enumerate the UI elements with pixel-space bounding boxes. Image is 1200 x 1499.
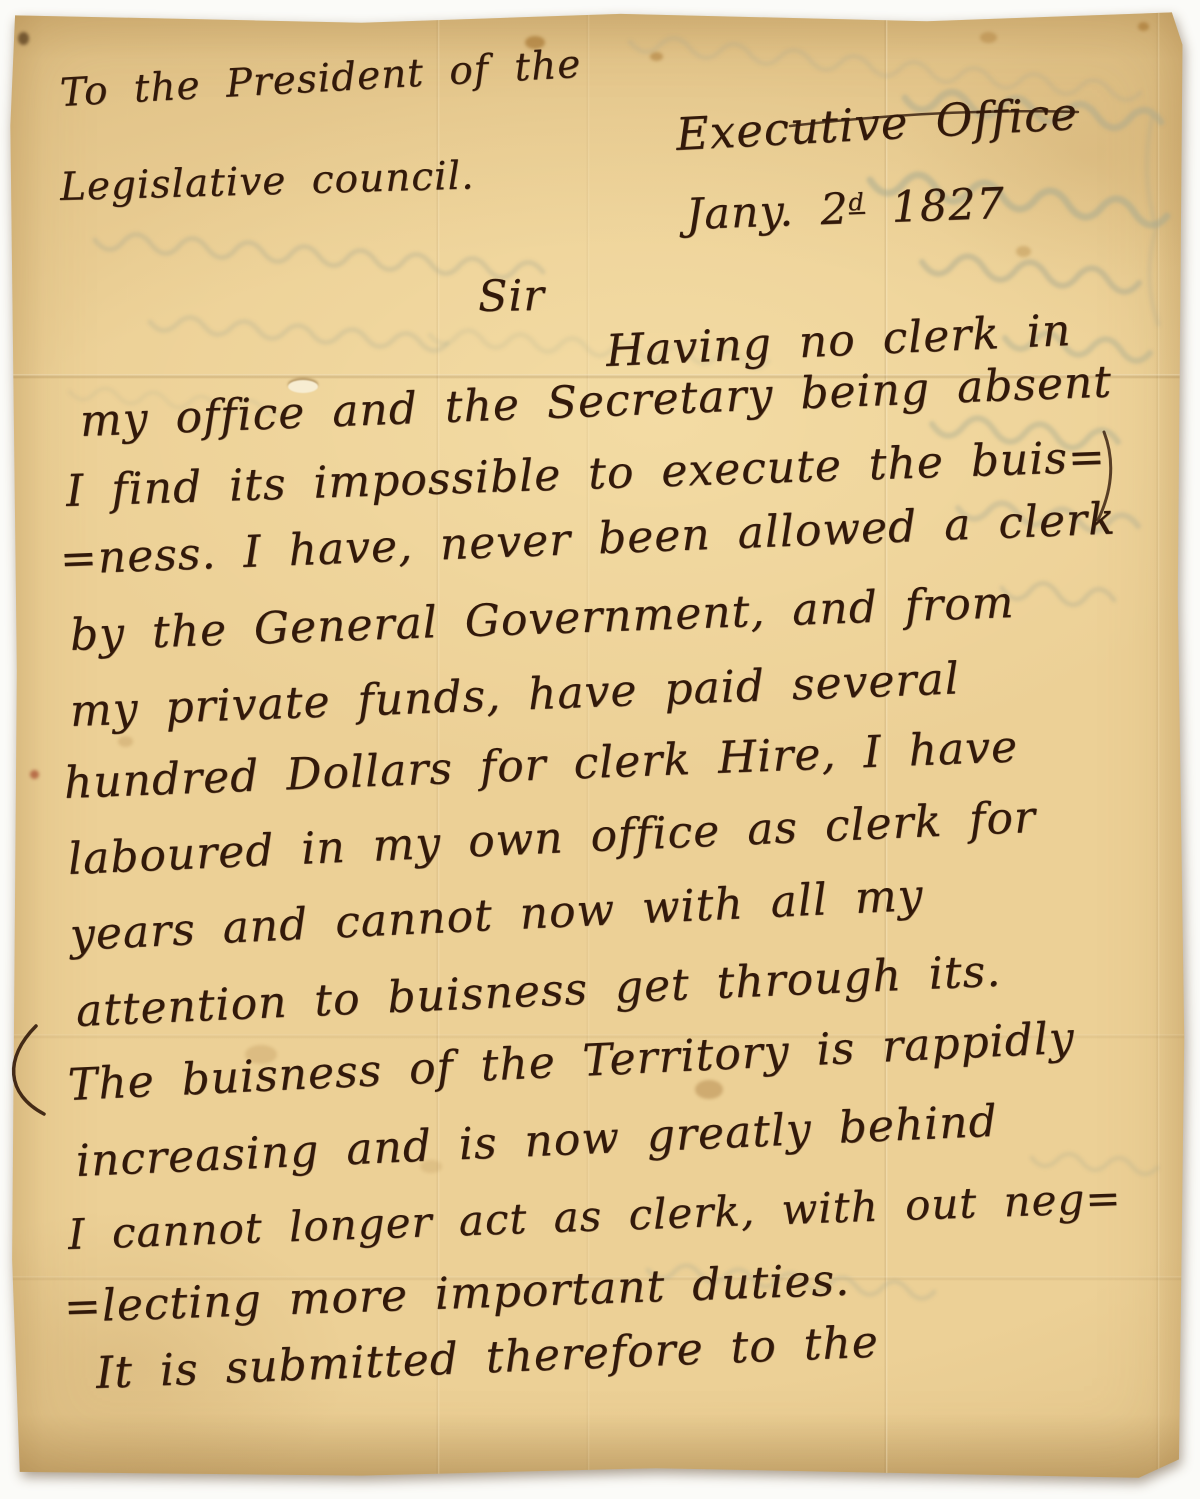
date-prefix: Jany. 2 xyxy=(685,184,850,240)
body-line: years and cannot now with all my xyxy=(69,874,924,958)
letter-scan: To the President of the Legislative coun… xyxy=(0,0,1200,1499)
addressee-line-2: Legislative council. xyxy=(59,156,474,207)
addressee-line-1: To the President of the xyxy=(59,45,582,113)
date-ordinal: d xyxy=(848,188,865,217)
body-line: I cannot longer act as clerk, with out n… xyxy=(67,1177,1122,1256)
body-line: my private funds, have paid several xyxy=(69,657,960,734)
body-line: laboured in my own office as clerk for xyxy=(67,796,1037,882)
body-line: hundred Dollars for clerk Hire, I have xyxy=(63,725,1019,806)
body-line: It is submitted therefore to the xyxy=(95,1321,879,1396)
body-line: my office and the Secretary being absent xyxy=(79,360,1113,444)
body-line: by the General Government, and from xyxy=(69,581,1015,658)
heading-date: Jany. 2d 1827 xyxy=(685,183,1005,237)
handwriting-layer: To the President of the Legislative coun… xyxy=(0,0,1200,1499)
date-year: 1827 xyxy=(864,179,1006,234)
body-line: attention to buisness get through its. xyxy=(75,950,1002,1034)
body-line: increasing and is now greatly behind xyxy=(75,1100,999,1184)
heading-office: Executive Office xyxy=(675,91,1079,157)
salutation: Sir xyxy=(478,275,546,319)
body-line: =lecting more important duties. xyxy=(63,1259,850,1330)
